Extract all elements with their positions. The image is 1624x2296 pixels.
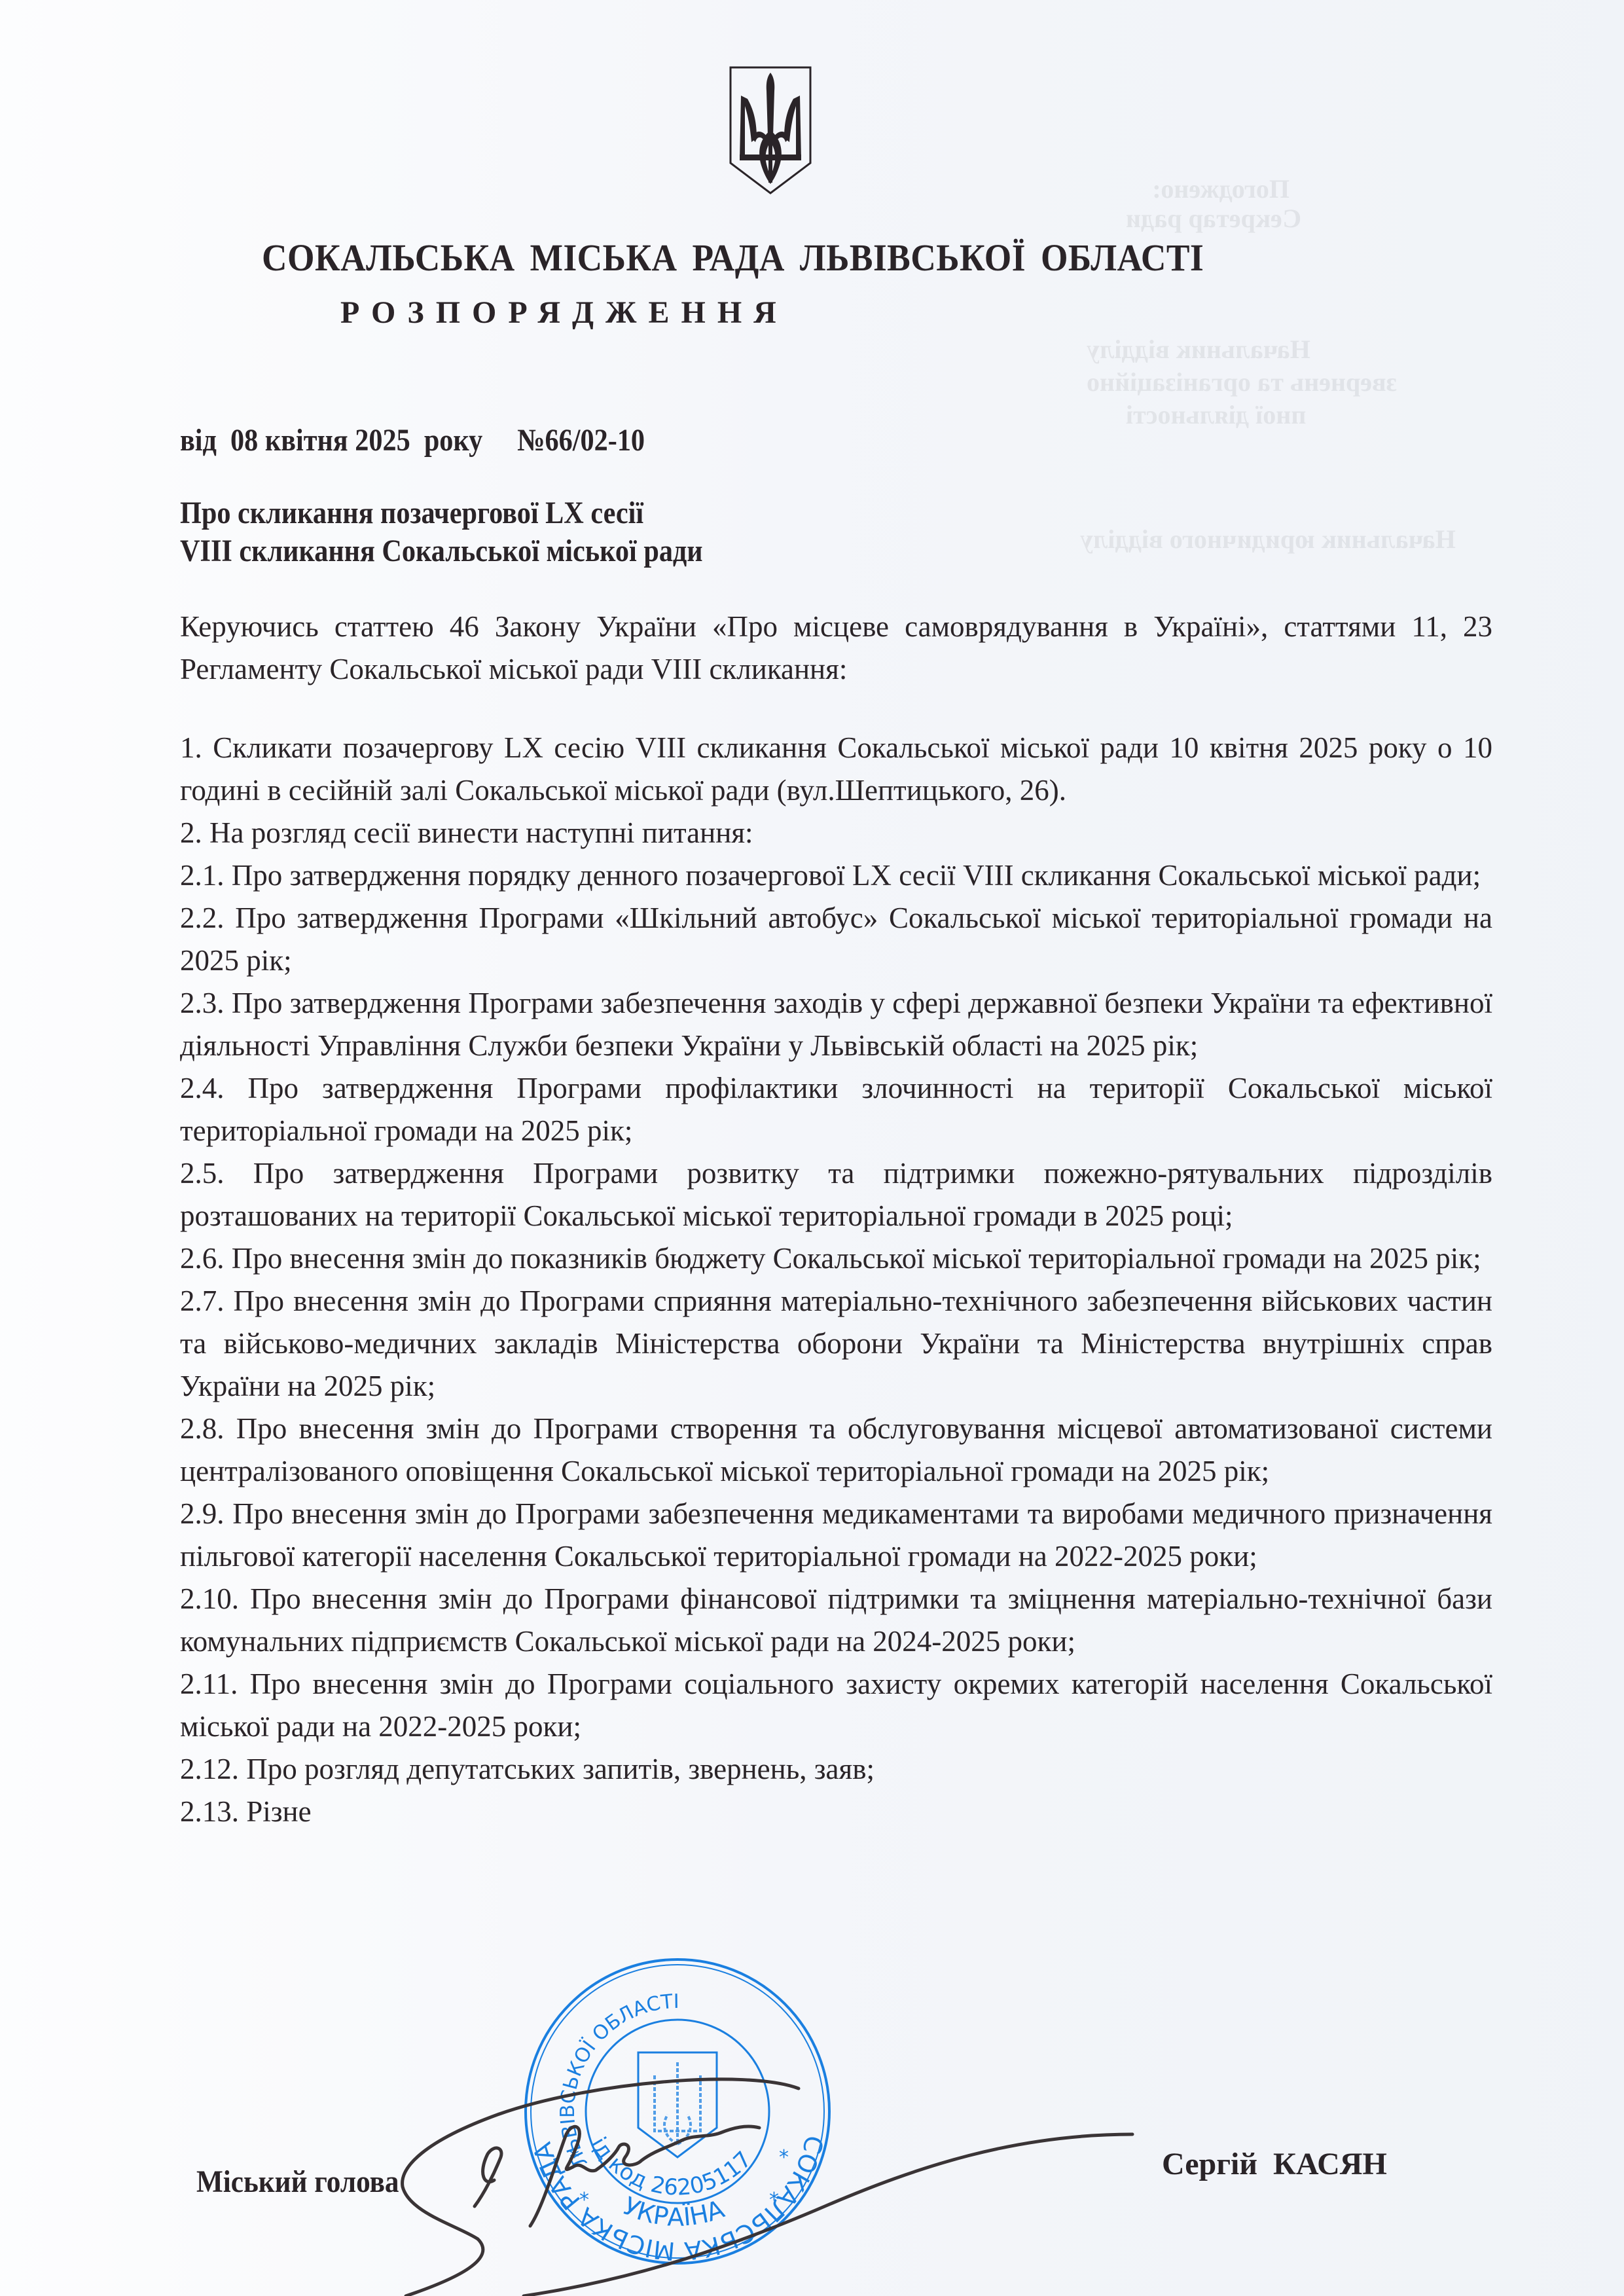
document-body: Керуючись статтею 46 Закону України «Про… (180, 606, 1492, 1833)
signatory-name: Сергій КАСЯН (1162, 2146, 1387, 2182)
bleed-through-text: звернень та організаційно (1087, 367, 1397, 397)
clause-1: 1. Скликати позачергову LX сесію VIII ск… (180, 727, 1492, 812)
trident-coat-of-arms-icon (728, 65, 813, 196)
agenda-item: 2.9. Про внесення змін до Програми забез… (180, 1493, 1492, 1578)
agenda-item: 2.1. Про затвердження порядку денного по… (180, 854, 1492, 897)
bleed-through-text: Начальник юридичного відділу (1080, 524, 1456, 555)
date-number-line: від 08 квітня 2025 року №66/02-10 (180, 422, 645, 458)
agenda-item: 2.11. Про внесення змін до Програми соці… (180, 1663, 1492, 1748)
agenda-item: 2.5. Про затвердження Програми розвитку … (180, 1152, 1492, 1237)
signatory-role: Міський голова (196, 2164, 399, 2200)
agenda-item: 2.6. Про внесення змін до показників бюд… (180, 1237, 1492, 1280)
agenda-item: 2.3. Про затвердження Програми забезпече… (180, 982, 1492, 1067)
agenda-item: 2.12. Про розгляд депутатських запитів, … (180, 1748, 1492, 1791)
document-page: Погоджено: Секретар ради Начальник відді… (0, 0, 1624, 2296)
agenda-item: 2.7. Про внесення змін до Програми сприя… (180, 1280, 1492, 1408)
agenda-item: 2.8. Про внесення змін до Програми створ… (180, 1408, 1492, 1493)
document-subject: Про скликання позачергової LX сесії VIII… (180, 494, 703, 570)
subject-line-2: VIII скликання Сокальської міської ради (180, 532, 703, 570)
bleed-through-text: Погоджено: (1152, 173, 1290, 204)
council-name-heading: СОКАЛЬСЬКА МІСЬКА РАДА ЛЬВІВСЬКОЇ ОБЛАСТ… (262, 236, 1286, 280)
bleed-through-text: пної діяльності (1126, 399, 1306, 430)
document-type-heading: РОЗПОРЯДЖЕННЯ (340, 295, 788, 331)
agenda-item: 2.4. Про затвердження Програми профілакт… (180, 1067, 1492, 1152)
agenda-item: 2.13. Різне (180, 1791, 1492, 1833)
bleed-through-text: Секретар ради (1126, 203, 1301, 234)
agenda-item: 2.2. Про затвердження Програми «Шкільний… (180, 897, 1492, 982)
subject-line-1: Про скликання позачергової LX сесії (180, 494, 703, 532)
clause-2: 2. На розгляд сесії винести наступні пит… (180, 812, 1492, 854)
preamble-paragraph: Керуючись статтею 46 Закону України «Про… (180, 606, 1492, 691)
agenda-item: 2.10. Про внесення змін до Програми фіна… (180, 1578, 1492, 1663)
bleed-through-text: Начальник відділу (1087, 334, 1310, 365)
